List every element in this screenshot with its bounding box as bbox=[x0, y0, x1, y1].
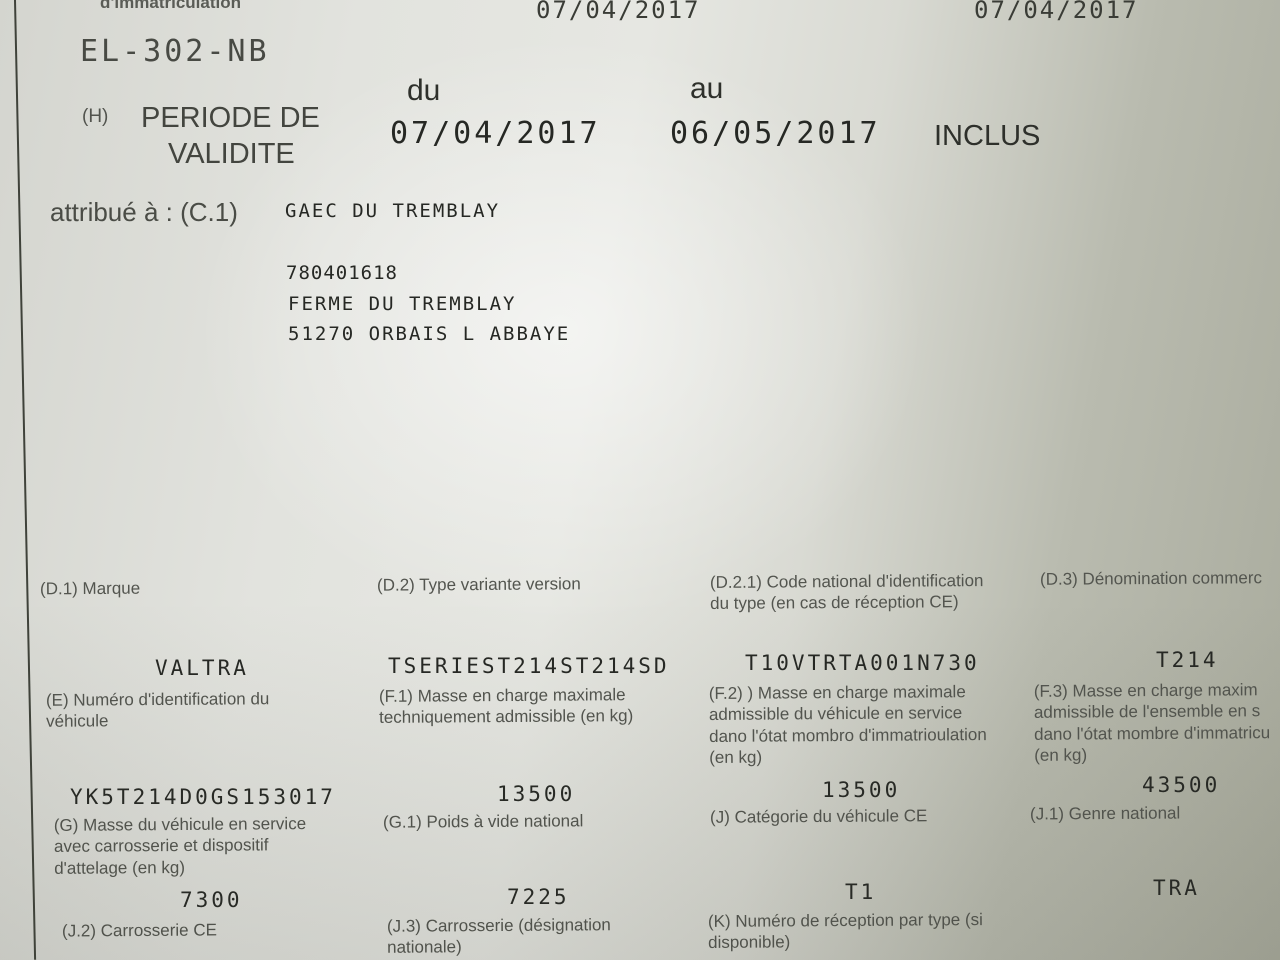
field-value-e: YK5T214D0GS153017 bbox=[70, 785, 336, 809]
field-value-d-2-1: T10VTRTA001N730 bbox=[745, 651, 980, 675]
holder-name: GAEC DU TREMBLAY bbox=[285, 200, 500, 222]
header-date-right: 07/04/2017 bbox=[974, 0, 1139, 24]
field-label-line: avec carrosserie et dispositif bbox=[54, 834, 306, 857]
field-label-f-3: (F.3) Masse en charge maximadmissible de… bbox=[1034, 679, 1271, 766]
field-label-line: (J.1) Genre national bbox=[1030, 802, 1180, 824]
field-value-f-3: 43500 bbox=[1142, 773, 1220, 797]
field-label-line: techniquement admissible (en kg) bbox=[379, 705, 633, 728]
holder-address-line2: 51270 ORBAIS L ABBAYE bbox=[288, 323, 570, 345]
validity-to-label: au bbox=[690, 70, 723, 108]
field-label-line: (G) Masse du véhicule en service bbox=[54, 813, 306, 836]
field-label-j-3: (J.3) Carrosserie (désignationnationale) bbox=[387, 914, 611, 958]
field-label-f-1: (F.1) Masse en charge maximaletechniquem… bbox=[379, 684, 633, 728]
field-value-d-3: T214 bbox=[1156, 648, 1219, 672]
validity-from-label: du bbox=[407, 72, 440, 110]
field-label-line: (F.2) ) Masse en charge maximale bbox=[709, 681, 987, 704]
field-label-j: (J) Catégorie du véhicule CE bbox=[710, 805, 927, 828]
field-label-line: (J.2) Carrosserie CE bbox=[62, 919, 217, 941]
field-label-f-2: (F.2) ) Masse en charge maximaleadmissib… bbox=[709, 681, 987, 768]
field-label-d-2: (D.2) Type variante version bbox=[377, 573, 581, 596]
field-label-line: (D.2.1) Code national d'identification bbox=[710, 570, 984, 593]
holder-label: attribué à : (C.1) bbox=[50, 196, 238, 229]
plate-number: EL-302-NB bbox=[80, 34, 270, 69]
holder-id-number: 780401618 bbox=[286, 262, 398, 284]
registration-section-label: d'immatriculation bbox=[100, 0, 241, 13]
field-label-line: (K) Numéro de réception par type (si bbox=[708, 909, 983, 932]
validity-from-date: 07/04/2017 bbox=[390, 116, 601, 151]
field-label-line: (D.2) Type variante version bbox=[377, 573, 581, 596]
field-label-line: admissible de l'ensemble en s bbox=[1034, 700, 1270, 723]
field-label-d-2-1: (D.2.1) Code national d'identificationdu… bbox=[710, 570, 984, 614]
validity-title-line2: VALIDITE bbox=[168, 136, 295, 172]
field-label-j-1: (J.1) Genre national bbox=[1030, 802, 1180, 824]
field-value-g-1: 7225 bbox=[507, 885, 570, 909]
field-value-j: T1 bbox=[845, 880, 876, 904]
field-label-line: disponible) bbox=[708, 930, 983, 953]
validity-inclusive-label: INCLUS bbox=[934, 118, 1040, 154]
field-label-line: dano l'ótat mombro d'immatrioulation bbox=[709, 724, 987, 747]
field-label-line: (D.1) Marque bbox=[40, 578, 140, 600]
field-label-line: (F.3) Masse en charge maxim bbox=[1034, 679, 1270, 702]
field-value-j-1: TRA bbox=[1153, 876, 1200, 900]
field-value-f-2: 13500 bbox=[822, 778, 900, 802]
field-label-line: (en kg) bbox=[1034, 743, 1270, 766]
field-label-line: admissible du véhicule en service bbox=[709, 702, 987, 725]
field-label-line: d'attelage (en kg) bbox=[54, 856, 306, 879]
validity-to-date: 06/05/2017 bbox=[670, 116, 881, 151]
field-label-d-3: (D.3) Dénomination commerc bbox=[1040, 567, 1262, 590]
field-label-e: (E) Numéro d'identification duvéhicule bbox=[46, 688, 270, 732]
field-label-k: (K) Numéro de réception par type (sidisp… bbox=[708, 909, 983, 953]
field-label-line: (J.3) Carrosserie (désignation bbox=[387, 914, 611, 937]
field-label-line: (D.3) Dénomination commerc bbox=[1040, 567, 1262, 590]
field-value-g: 7300 bbox=[180, 888, 243, 912]
header-date-left: 07/04/2017 bbox=[536, 0, 701, 24]
field-label-line: (J) Catégorie du véhicule CE bbox=[710, 805, 927, 828]
validity-title-line1: PERIODE DE bbox=[141, 100, 320, 136]
field-label-g-1: (G.1) Poids à vide national bbox=[383, 810, 583, 833]
field-label-line: véhicule bbox=[46, 709, 270, 732]
field-label-line: (G.1) Poids à vide national bbox=[383, 810, 583, 833]
field-label-line: nationale) bbox=[387, 935, 611, 958]
field-label-g: (G) Masse du véhicule en serviceavec car… bbox=[54, 813, 307, 879]
field-label-line: (F.1) Masse en charge maximale bbox=[379, 684, 633, 707]
field-value-d-1: VALTRA bbox=[155, 656, 249, 680]
field-label-j-2: (J.2) Carrosserie CE bbox=[62, 919, 217, 941]
field-label-line: du type (en cas de réception CE) bbox=[710, 591, 984, 614]
holder-address-line1: FERME DU TREMBLAY bbox=[288, 293, 516, 315]
field-label-line: dano l'ótat mombre d'immatricu bbox=[1034, 722, 1270, 745]
field-label-line: (E) Numéro d'identification du bbox=[46, 688, 270, 711]
form-border-line bbox=[14, 0, 36, 960]
field-value-d-2: TSERIEST214ST214SD bbox=[388, 654, 670, 678]
validity-code: (H) bbox=[82, 105, 108, 129]
field-label-d-1: (D.1) Marque bbox=[40, 578, 140, 600]
field-label-line: (en kg) bbox=[709, 745, 987, 768]
field-value-f-1: 13500 bbox=[497, 782, 575, 806]
